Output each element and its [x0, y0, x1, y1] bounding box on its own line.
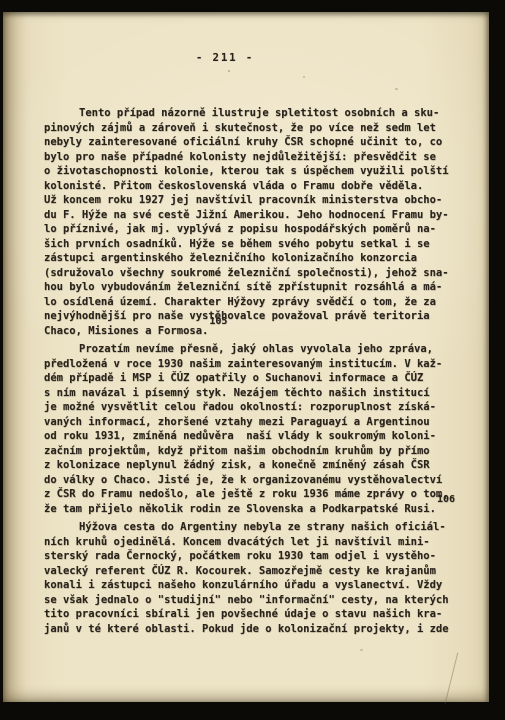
text-line: valecký referent ČÚZ R. Kocourek. Samozř…	[44, 564, 474, 579]
text-line: Už koncem roku 1927 jej navštívil pracov…	[44, 193, 474, 208]
paragraph: Hýžova cesta do Argentiny nebyla ze stra…	[44, 520, 474, 636]
page-number: - 211 -	[196, 52, 254, 64]
text-line: janů v té které oblasti. Pokud jde o kol…	[44, 622, 474, 637]
footnote-ref: 106	[437, 494, 455, 505]
text-line: tito pracovníci sbírali jen povšechné úd…	[44, 607, 474, 622]
footnote-ref: 105	[209, 316, 227, 327]
paragraph: Prozatím nevíme přesně, jaký ohlas vyvol…	[44, 342, 474, 516]
text-line: sterský rada Černocký, počátkem roku 193…	[44, 549, 474, 564]
text-block: Tento případ názorně ilustruje spletitos…	[44, 106, 474, 636]
text-line: Tento případ názorně ilustruje spletitos…	[44, 106, 474, 121]
scan-background: - 211 - Tento případ názorně ilustruje s…	[0, 0, 505, 720]
text-line: pinových zájmů a zároveň i skutečnost, ž…	[44, 121, 474, 136]
paper-speck	[360, 649, 363, 651]
text-line: o životaschopnosti kolonie, kterou tak s…	[44, 164, 474, 179]
text-line: ních kruhů ojedinělá. Koncem dvacátých l…	[44, 535, 474, 550]
text-line: Prozatím nevíme přesně, jaký ohlas vyvol…	[44, 342, 474, 357]
text-line: vaných informací, zhoršené vztahy mezi P…	[44, 415, 474, 430]
text-line: bylo pro naše případné kolonisty nejdůle…	[44, 150, 474, 165]
text-line: že tam přijelo několik rodin ze Slovensk…	[44, 502, 474, 517]
text-line: šich prvních osadníků. Hýže se během své…	[44, 237, 474, 252]
paper-speck	[303, 76, 305, 78]
text-line: lo příznivé, jak mj. vyplývá z popisu ho…	[44, 222, 474, 237]
text-line: je možné vysvětlit celou řadou okolností…	[44, 400, 474, 415]
text-line: Hýžova cesta do Argentiny nebyla ze stra…	[44, 520, 474, 535]
text-line: od roku 1931, zmíněná nedůvěra naší vlád…	[44, 429, 474, 444]
text-line: lo osídlená území. Charakter Hýžovy zprá…	[44, 295, 474, 310]
text-line: z ČSR do Framu nedošlo, ale ještě z roku…	[44, 487, 474, 502]
text-line: du F. Hýže na své cestě Jižní Amerikou. …	[44, 208, 474, 223]
text-line: do války o Chaco. Jisté je, že k organiz…	[44, 473, 474, 488]
text-line: předložená v roce 1930 našim zainteresov…	[44, 357, 474, 372]
text-line: dém případě i MSP i ČÚZ opatřily o Sucha…	[44, 371, 474, 386]
paper-speck	[228, 70, 230, 72]
text-line: z kolonizace neplynul žádný zisk, a kone…	[44, 458, 474, 473]
text-line: kolonisté. Přitom československá vláda o…	[44, 179, 474, 194]
text-line: Chaco, Misiones a Formosa.105	[44, 324, 474, 339]
paper-scratch	[445, 653, 459, 704]
text-line: zástupci argentinského železničního kolo…	[44, 251, 474, 266]
text-line: konali i zástupci našeho konzulárního úř…	[44, 578, 474, 593]
text-line: nejvýhodnější pro naše vystěhovalce pova…	[44, 309, 474, 324]
paragraph: Tento případ názorně ilustruje spletitos…	[44, 106, 474, 338]
paper-speck	[395, 88, 398, 90]
text-line: začním projektům, když přitom našim obch…	[44, 444, 474, 459]
text-line: s ním navázal i písemný styk. Nezájem tě…	[44, 386, 474, 401]
text-line: se však jednalo o "studijní" nebo "infor…	[44, 593, 474, 608]
text-line: (sdružovalo všechny soukromé železniční …	[44, 266, 474, 281]
text-line: hou bylo vybudováním železniční sítě zpř…	[44, 280, 474, 295]
document-page: - 211 - Tento případ názorně ilustruje s…	[3, 12, 489, 702]
text-line: nebyly zainteresované oficiální kruhy ČS…	[44, 135, 474, 150]
